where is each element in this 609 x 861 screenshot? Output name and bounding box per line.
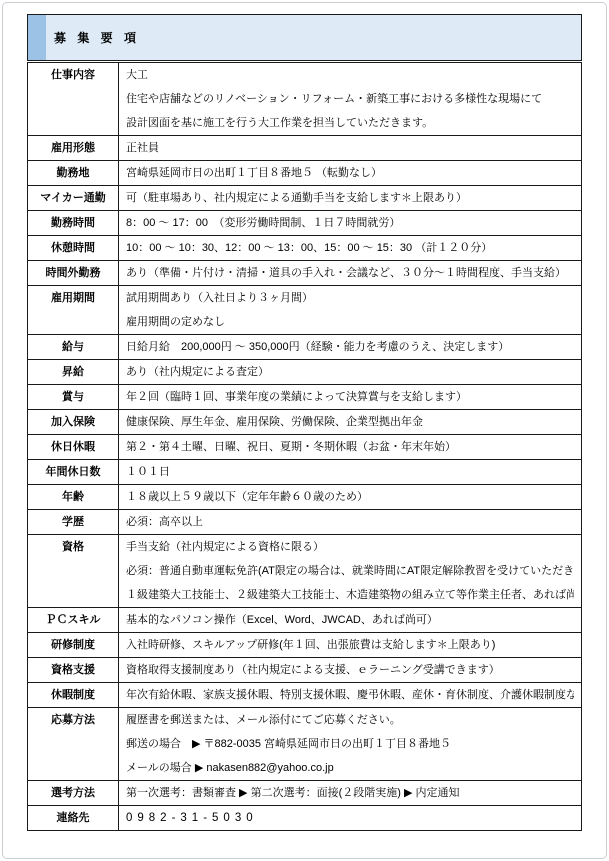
table-row: 賞与年２回（臨時１回、事業年度の業績によって決算賞与を支給します） [28,385,581,410]
value-line: 住宅や店舗などのリノベーション・リフォーム・新築工事における多様性な現場にて [126,87,574,111]
row-value: 宮崎県延岡市日の出町１丁目８番地５ （転勤なし） [119,161,581,185]
row-label: ＰＣスキル [28,608,119,632]
row-value: 健康保険、厚生年金、雇用保険、労働保険、企業型拠出年金 [119,410,581,434]
table-row: ＰＣスキル基本的なパソコン操作（Excel、Word、JWCAD、あれば尚可） [28,608,581,633]
row-label: 休日休暇 [28,435,119,459]
value-line: 正社員 [126,136,574,160]
table-row: 年間休日数１０１日 [28,460,581,485]
value-line: あり（社内規定による査定） [126,360,574,384]
value-line: 必須：普通自動車運転免許(AT限定の場合は、就業時間にAT限定解除教習を受けてい… [126,559,574,583]
value-line: 日給月給 200,000円 ～ 350,000円（経験・能力を考慮のうえ、決定し… [126,335,574,359]
value-line: 設計図面を基に施工を行う大工作業を担当していただきます。 [126,111,574,135]
table-row: 昇給あり（社内規定による査定） [28,360,581,385]
table-row: 資格支援資格取得支援制度あり（社内規定による支援、ｅラーニング受講できます） [28,658,581,683]
row-value: 手当支給（社内規定による資格に限る）必須：普通自動車運転免許(AT限定の場合は、… [119,535,581,607]
table-row: 休暇制度年次有給休暇、家族支援休暇、特別支援休暇、慶弔休暇、産休・育休制度、介護… [28,683,581,708]
value-line: 10：00 ～ 10：30、12：00 ～ 13：00、15：00 ～ 15：3… [126,236,574,260]
value-line: 入社時研修、スキルアップ研修(年１回、出張旅費は支給します＊上限あり) [126,633,574,657]
value-line: 履歴書を郵送または、メール添付にてご応募ください。 [126,708,574,732]
table-row: マイカー通勤可（駐車場あり、社内規定による通勤手当を支給します＊上限あり） [28,186,581,211]
table-row: 資格手当支給（社内規定による資格に限る）必須：普通自動車運転免許(AT限定の場合… [28,535,581,608]
value-line: １級建築大工技能士、２級建築大工技能士、木造建築物の組み立て等作業主任者、あれば… [126,583,574,607]
value-line: 郵送の場合 ▶ 〒882-0035 宮崎県延岡市日の出町１丁目８番地５ [126,732,574,756]
row-value: 可（駐車場あり、社内規定による通勤手当を支給します＊上限あり） [119,186,581,210]
section-header: 募 集 要 項 [27,14,582,61]
value-line: 第２・第４土曜、日曜、祝日、夏期・冬期休暇（お盆・年末年始） [126,435,574,459]
row-label: 勤務時間 [28,211,119,235]
value-line: あり（準備・片付け・清掃・道具の手入れ・会議など、３０分～１時間程度、手当支給） [126,261,574,285]
row-label: マイカー通勤 [28,186,119,210]
row-label: 時間外勤務 [28,261,119,285]
table-row: 年齢１８歳以上５９歳以下（定年年齢６０歳のため） [28,485,581,510]
table-row: 雇用期間試用期間あり（入社日より３ヶ月間）雇用期間の定めなし [28,286,581,335]
row-value: 年２回（臨時１回、事業年度の業績によって決算賞与を支給します） [119,385,581,409]
row-label: 年齢 [28,485,119,509]
row-label: 休憩時間 [28,236,119,260]
row-value: あり（社内規定による査定） [119,360,581,384]
row-label: 加入保険 [28,410,119,434]
table-row: 休日休暇第２・第４土曜、日曜、祝日、夏期・冬期休暇（お盆・年末年始） [28,435,581,460]
row-label: 年間休日数 [28,460,119,484]
row-value: 試用期間あり（入社日より３ヶ月間）雇用期間の定めなし [119,286,581,334]
row-value: 日給月給 200,000円 ～ 350,000円（経験・能力を考慮のうえ、決定し… [119,335,581,359]
table-row: 応募方法履歴書を郵送または、メール添付にてご応募ください。郵送の場合 ▶ 〒88… [28,708,581,781]
value-line: 必須：高卒以上 [126,510,574,534]
row-value: １８歳以上５９歳以下（定年年齢６０歳のため） [119,485,581,509]
row-label: 連絡先 [28,806,119,830]
job-details-table: 仕事内容大工住宅や店舗などのリノベーション・リフォーム・新築工事における多様性な… [27,62,582,831]
row-value: 大工住宅や店舗などのリノベーション・リフォーム・新築工事における多様性な現場にて… [119,63,581,135]
row-value: 8：00 ～ 17：00 （変形労働時間制、１日７時間就労） [119,211,581,235]
value-line: 手当支給（社内規定による資格に限る） [126,535,574,559]
row-value: １０１日 [119,460,581,484]
row-value: 年次有給休暇、家族支援休暇、特別支援休暇、慶弔休暇、産休・育休制度、介護休暇制度… [119,683,581,707]
row-value: 10：00 ～ 10：30、12：00 ～ 13：00、15：00 ～ 15：3… [119,236,581,260]
table-row: 連絡先0982-31-5030 [28,806,581,830]
value-line: 年２回（臨時１回、事業年度の業績によって決算賞与を支給します） [126,385,574,409]
value-line: メールの場合 ▶ nakasen882@yahoo.co.jp [126,756,574,780]
value-line: 年次有給休暇、家族支援休暇、特別支援休暇、慶弔休暇、産休・育休制度、介護休暇制度… [126,683,574,707]
row-label: 雇用形態 [28,136,119,160]
table-row: 勤務時間8：00 ～ 17：00 （変形労働時間制、１日７時間就労） [28,211,581,236]
page-title: 募 集 要 項 [46,29,140,46]
row-value: あり（準備・片付け・清掃・道具の手入れ・会議など、３０分～１時間程度、手当支給） [119,261,581,285]
row-value: 履歴書を郵送または、メール添付にてご応募ください。郵送の場合 ▶ 〒882-00… [119,708,581,780]
row-value: 正社員 [119,136,581,160]
value-line: 雇用期間の定めなし [126,310,574,334]
row-label: 資格 [28,535,119,607]
row-value: 必須：高卒以上 [119,510,581,534]
table-row: 仕事内容大工住宅や店舗などのリノベーション・リフォーム・新築工事における多様性な… [28,63,581,136]
document-page: 募 集 要 項 仕事内容大工住宅や店舗などのリノベーション・リフォーム・新築工事… [27,14,582,831]
value-line: 資格取得支援制度あり（社内規定による支援、ｅラーニング受講できます） [126,658,574,682]
row-label: 休暇制度 [28,683,119,707]
value-line: 0982-31-5030 [126,806,574,830]
table-row: 時間外勤務あり（準備・片付け・清掃・道具の手入れ・会議など、３０分～１時間程度、… [28,261,581,286]
table-row: 選考方法第一次選考：書類審査 ▶ 第二次選考：面接(２段階実施) ▶ 内定通知 [28,781,581,806]
row-label: 給与 [28,335,119,359]
row-label: 研修制度 [28,633,119,657]
row-value: 第２・第４土曜、日曜、祝日、夏期・冬期休暇（お盆・年末年始） [119,435,581,459]
table-row: 学歴必須：高卒以上 [28,510,581,535]
value-line: 健康保険、厚生年金、雇用保険、労働保険、企業型拠出年金 [126,410,574,434]
table-row: 雇用形態正社員 [28,136,581,161]
row-value: 資格取得支援制度あり（社内規定による支援、ｅラーニング受講できます） [119,658,581,682]
table-row: 勤務地宮崎県延岡市日の出町１丁目８番地５ （転勤なし） [28,161,581,186]
value-line: １８歳以上５９歳以下（定年年齢６０歳のため） [126,485,574,509]
row-label: 賞与 [28,385,119,409]
value-line: 第一次選考：書類審査 ▶ 第二次選考：面接(２段階実施) ▶ 内定通知 [126,781,574,805]
value-line: 可（駐車場あり、社内規定による通勤手当を支給します＊上限あり） [126,186,574,210]
row-value: 0982-31-5030 [119,806,581,830]
value-line: 宮崎県延岡市日の出町１丁目８番地５ （転勤なし） [126,161,574,185]
row-label: 仕事内容 [28,63,119,135]
value-line: 8：00 ～ 17：00 （変形労働時間制、１日７時間就労） [126,211,574,235]
row-label: 昇給 [28,360,119,384]
table-row: 休憩時間10：00 ～ 10：30、12：00 ～ 13：00、15：00 ～ … [28,236,581,261]
row-value: 入社時研修、スキルアップ研修(年１回、出張旅費は支給します＊上限あり) [119,633,581,657]
row-label: 勤務地 [28,161,119,185]
table-row: 研修制度入社時研修、スキルアップ研修(年１回、出張旅費は支給します＊上限あり) [28,633,581,658]
header-accent-strip [28,15,46,60]
row-value: 第一次選考：書類審査 ▶ 第二次選考：面接(２段階実施) ▶ 内定通知 [119,781,581,805]
row-value: 基本的なパソコン操作（Excel、Word、JWCAD、あれば尚可） [119,608,581,632]
value-line: 試用期間あり（入社日より３ヶ月間） [126,286,574,310]
row-label: 資格支援 [28,658,119,682]
value-line: 大工 [126,63,574,87]
row-label: 学歴 [28,510,119,534]
table-row: 加入保険健康保険、厚生年金、雇用保険、労働保険、企業型拠出年金 [28,410,581,435]
value-line: １０１日 [126,460,574,484]
table-row: 給与日給月給 200,000円 ～ 350,000円（経験・能力を考慮のうえ、決… [28,335,581,360]
row-label: 雇用期間 [28,286,119,334]
row-label: 選考方法 [28,781,119,805]
value-line: 基本的なパソコン操作（Excel、Word、JWCAD、あれば尚可） [126,608,574,632]
row-label: 応募方法 [28,708,119,780]
